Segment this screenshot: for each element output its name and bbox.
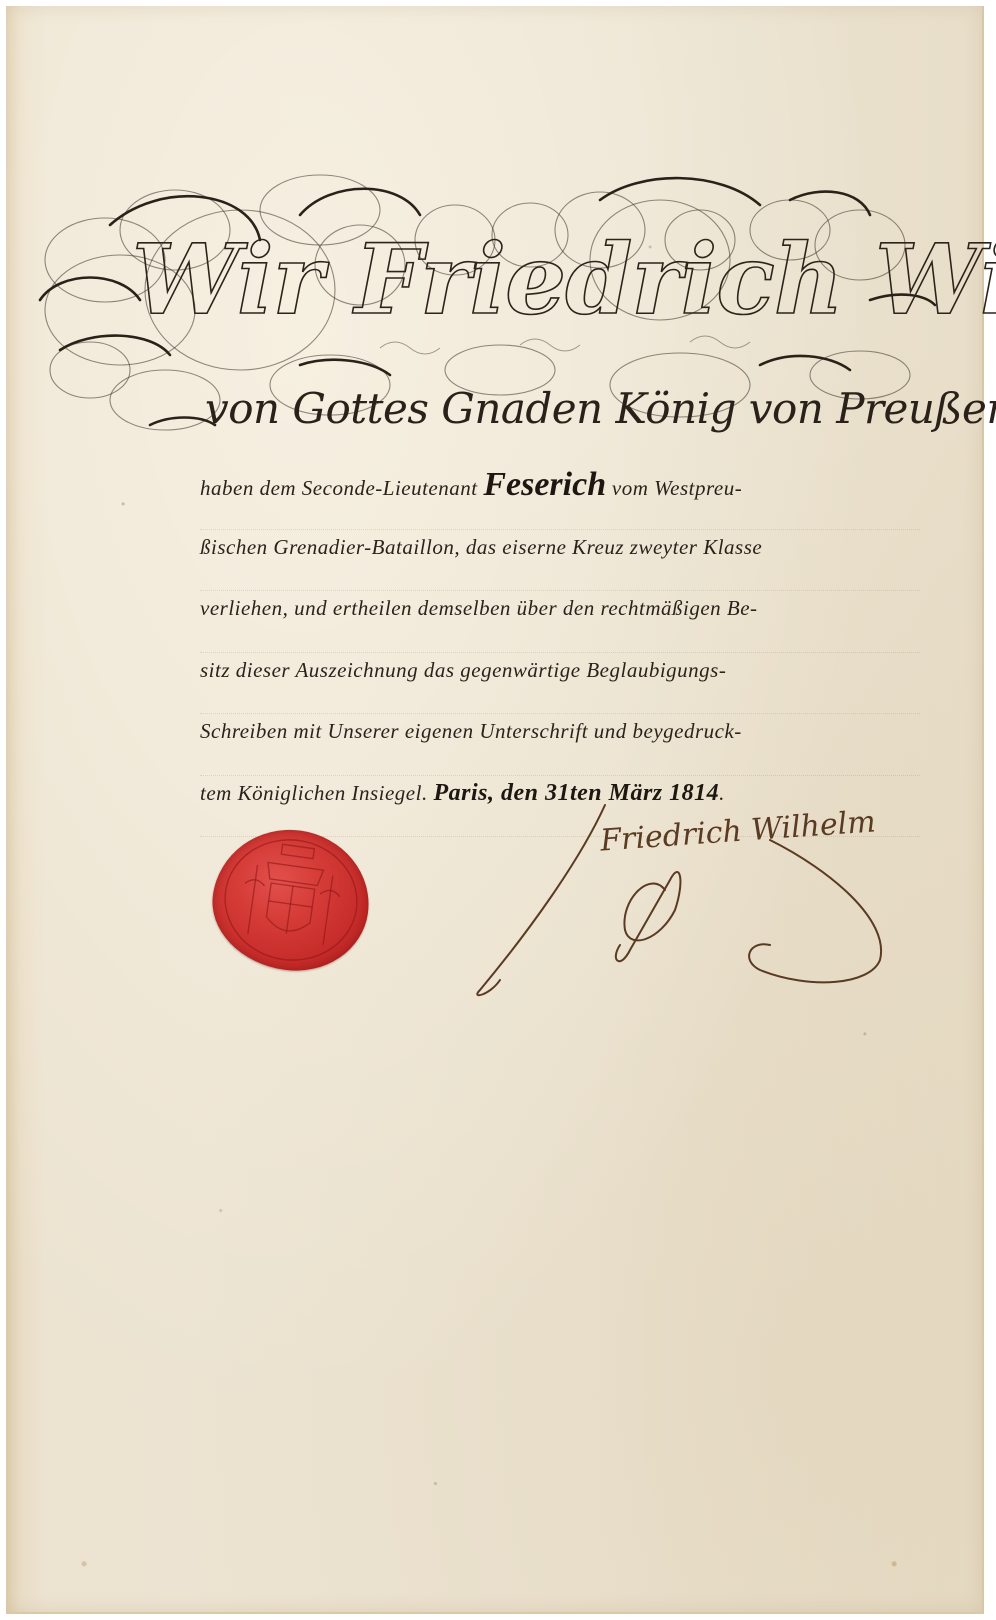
coat-of-arms-icon (204, 820, 378, 980)
body-text-fragment: tem Königlichen Insiegel. (200, 781, 433, 805)
document-body: haben dem Seconde-Lieutenant Feserich vo… (200, 468, 920, 837)
document-heading: Wir Friedrich Wilhelm, von Gottes Gnaden… (0, 170, 996, 460)
body-line-5: Schreiben mit Unserer eigenen Unterschri… (200, 714, 920, 776)
body-line-3: verliehen, und ertheilen demselben über … (200, 591, 920, 653)
body-line-2: ßischen Grenadier-Bataillon, das eiserne… (200, 530, 920, 592)
heading-subtitle: von Gottes Gnaden König von Preußen (205, 388, 925, 430)
royal-signature: Friedrich Wilhelm (470, 800, 910, 1000)
body-line-4: sitz dieser Auszeichnung das gegenwärtig… (200, 653, 920, 715)
heading-title: Wir Friedrich Wilhelm, (132, 232, 912, 328)
body-text-fragment: haben dem Seconde-Lieutenant (200, 476, 483, 500)
body-line-1: haben dem Seconde-Lieutenant Feserich vo… (200, 468, 920, 530)
body-text-fragment: vom Westpreu- (606, 476, 742, 500)
wax-seal (204, 820, 378, 980)
recipient-name: Feserich (483, 466, 606, 503)
